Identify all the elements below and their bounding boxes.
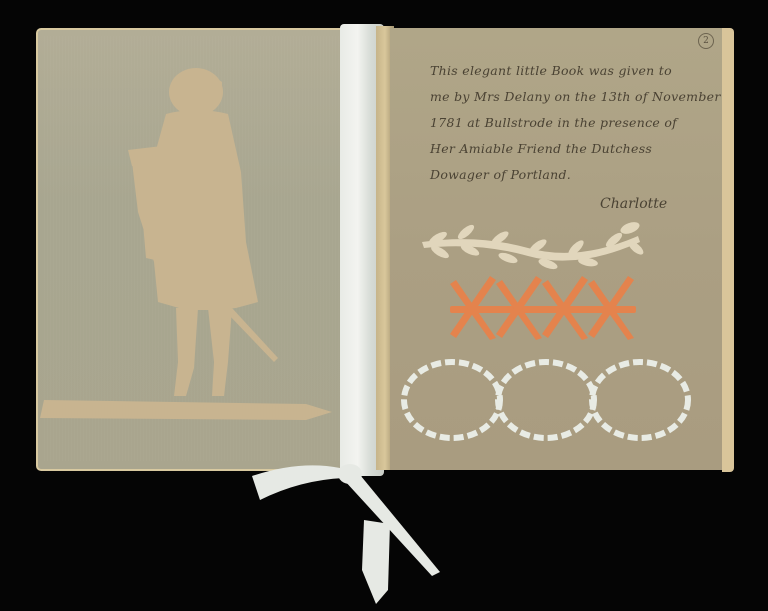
inscription-line: me by Mrs Delany on the 13th of November: [430, 84, 720, 110]
inscription-line: 1781 at Bullstrode in the presence of: [430, 110, 720, 136]
handwritten-inscription: This elegant little Book was given to me…: [430, 58, 720, 188]
gentleman-silhouette-icon: [36, 62, 336, 424]
signature: Charlotte: [600, 196, 667, 212]
laurel-wreath-chain-icon: [400, 352, 692, 448]
inscription-line: Dowager of Portland.: [430, 162, 720, 188]
open-book: 2 This elegant little Book was given to …: [0, 0, 768, 611]
page-number: 2: [698, 33, 714, 49]
ribbon-tie-icon: [240, 440, 460, 611]
lattice-band-icon: [450, 276, 640, 342]
leaf-garland-icon: [418, 218, 648, 274]
right-page-edge: [722, 28, 734, 472]
inscription-line: This elegant little Book was given to: [430, 58, 720, 84]
inscription-line: Her Amiable Friend the Dutchess: [430, 136, 720, 162]
